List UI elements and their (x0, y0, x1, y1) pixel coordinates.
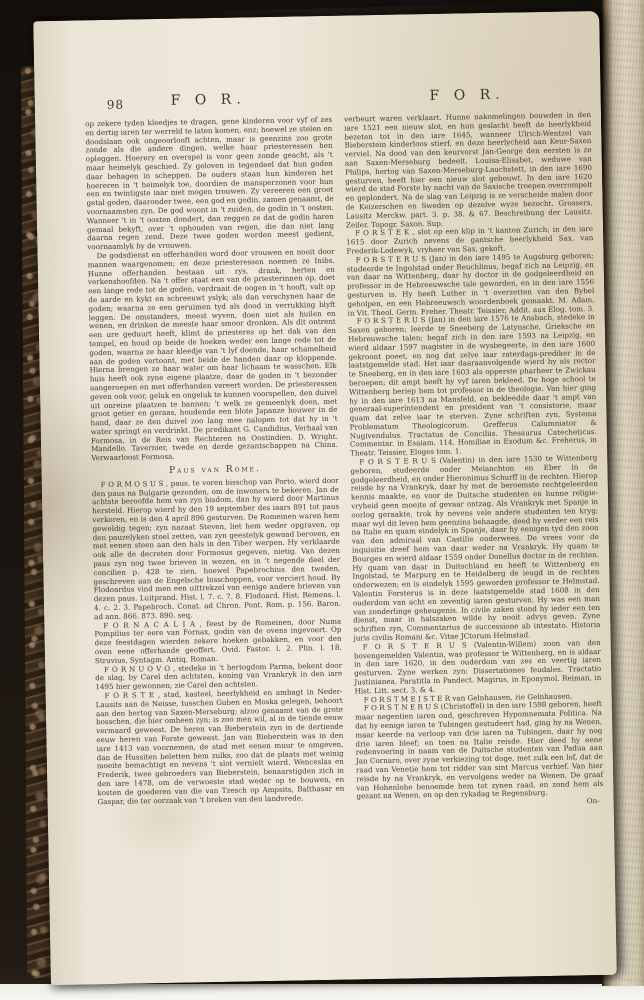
book-page: 98 F O R. F O R. op zekere tyden kleedje… (33, 11, 617, 985)
paragraph-forste-continuation: verbeurt waren verklaart. Hunne nakomeli… (344, 111, 593, 230)
running-head-left: F O R. (85, 90, 332, 111)
entry-forstnerus: F O R S T N E R U S (Christoffel) in den… (355, 700, 604, 801)
entry-forsterus-valentin: F O R S T E R U S (Valentin) in den iare… (350, 454, 600, 643)
running-head-right: F O R. (344, 85, 591, 106)
paragraph-formosa-continuation: op zekere tyden kleedjes te dragen, gene… (85, 116, 334, 252)
text-columns: op zekere tyden kleedjes te dragen, gene… (85, 111, 604, 815)
entry-formosus: F O R M O S U S , paus, te voren bisscho… (92, 477, 342, 622)
book-photograph: 98 F O R. F O R. op zekere tyden kleedje… (0, 0, 644, 1000)
entry-forste: F O R S T E , stad, kasteel, heerlykheid… (96, 688, 345, 807)
entry-forsterus-jan-1576: F O R S T E R U S (Jan) in den iare 1576… (348, 313, 598, 458)
paragraph-formosa-religion: De godsdienst en offerhanden word door v… (87, 248, 338, 464)
entry-fornacalia: F O R N A C A L I A , feest by de Romein… (94, 617, 342, 666)
entry-forsterus-jan-1495: F O R S T E R U S (Jan) in den iare 1495… (347, 252, 595, 318)
section-heading-paus-van-rome: Paus van Rome. (91, 464, 338, 477)
left-column: op zekere tyden kleedjes te dragen, gene… (85, 116, 345, 815)
entry-forsterus-valentin-willem: F O R S T E R U S (Valentin-Willem) zoon… (354, 639, 602, 696)
table-surface (0, 984, 644, 1000)
page-content: 98 F O R. F O R. op zekere tyden kleedje… (85, 85, 604, 815)
right-column: verbeurt waren verklaart. Hunne nakomeli… (344, 111, 604, 810)
